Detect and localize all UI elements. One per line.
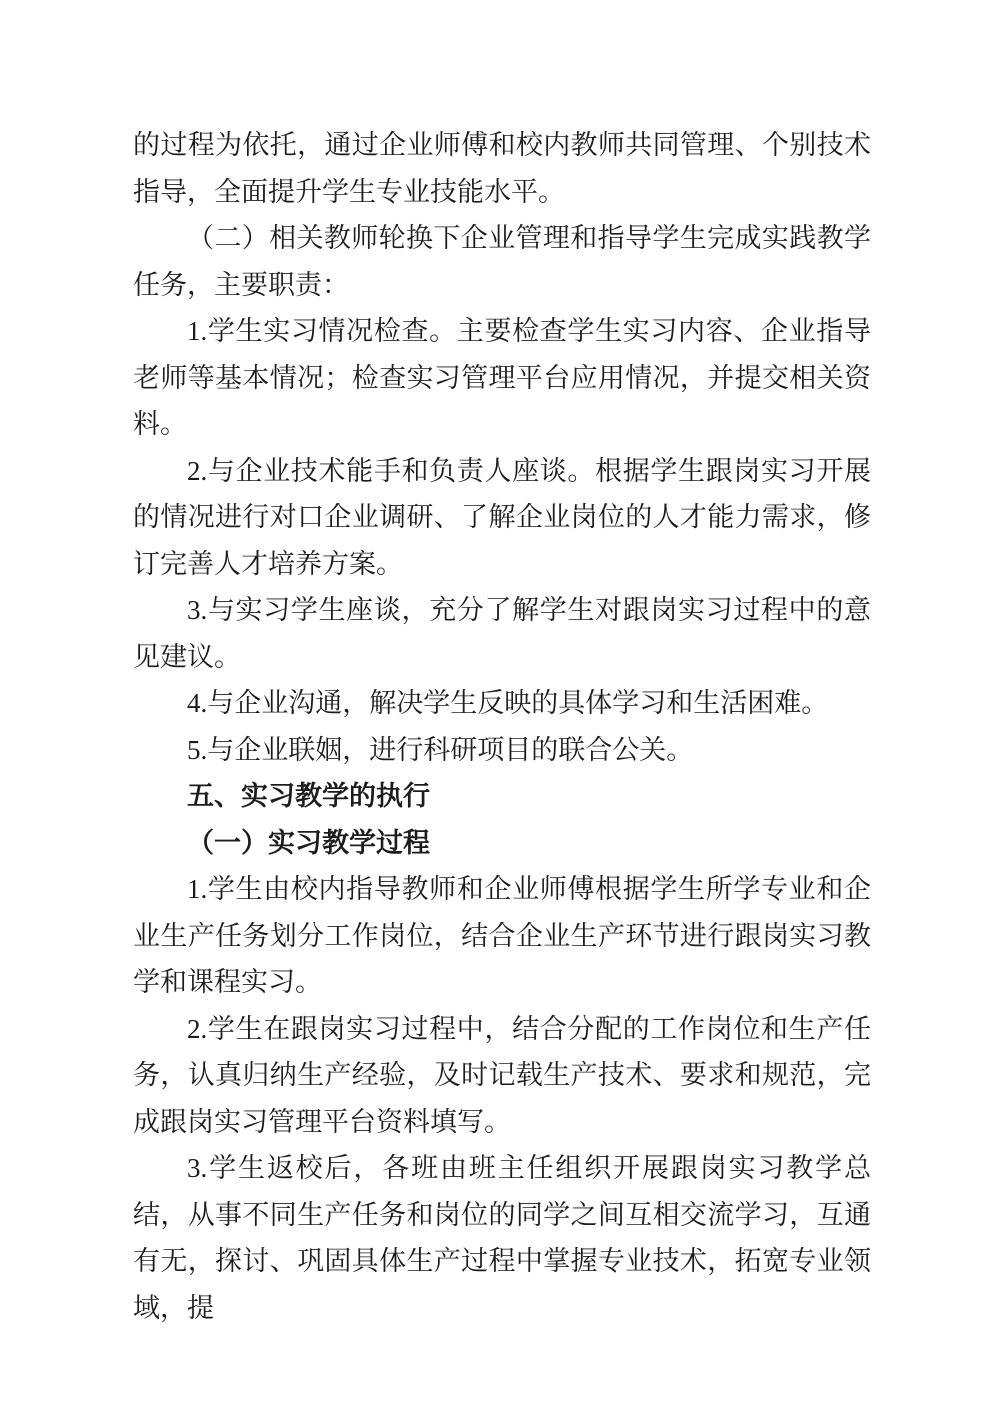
paragraph-continued-from-previous-page: 的过程为依托，通过企业师傅和校内教师共同管理、个别技术指导，全面提升学生专业技能… xyxy=(133,122,871,215)
paragraph-process-item-1: 1.学生由校内指导教师和企业师傅根据学生所学专业和企业生产任务划分工作岗位，结合… xyxy=(133,866,871,1006)
paragraph-duty-item-5: 5.与企业联姻，进行科研项目的联合公关。 xyxy=(133,727,871,774)
paragraph-section-2-intro: （二）相关教师轮换下企业管理和指导学生完成实践教学任务，主要职责： xyxy=(133,215,871,308)
paragraph-duty-item-4: 4.与企业沟通，解决学生反映的具体学习和生活困难。 xyxy=(133,680,871,727)
paragraph-duty-item-3: 3.与实习学生座谈，充分了解学生对跟岗实习过程中的意见建议。 xyxy=(133,587,871,680)
heading-subsection-1: （一）实习教学过程 xyxy=(133,820,871,867)
document-page: 的过程为依托，通过企业师傅和校内教师共同管理、个别技术指导，全面提升学生专业技能… xyxy=(0,0,1000,1414)
paragraph-duty-item-2: 2.与企业技术能手和负责人座谈。根据学生跟岗实习开展的情况进行对口企业调研、了解… xyxy=(133,448,871,588)
paragraph-process-item-2: 2.学生在跟岗实习过程中，结合分配的工作岗位和生产任务，认真归纳生产经验，及时记… xyxy=(133,1006,871,1146)
paragraph-process-item-3: 3.学生返校后，各班由班主任组织开展跟岗实习教学总结，从事不同生产任务和岗位的同… xyxy=(133,1145,871,1331)
document-body: 的过程为依托，通过企业师傅和校内教师共同管理、个别技术指导，全面提升学生专业技能… xyxy=(133,122,871,1331)
paragraph-duty-item-1: 1.学生实习情况检查。主要检查学生实习内容、企业指导老师等基本情况；检查实习管理… xyxy=(133,308,871,448)
heading-section-5: 五、实习教学的执行 xyxy=(133,773,871,820)
